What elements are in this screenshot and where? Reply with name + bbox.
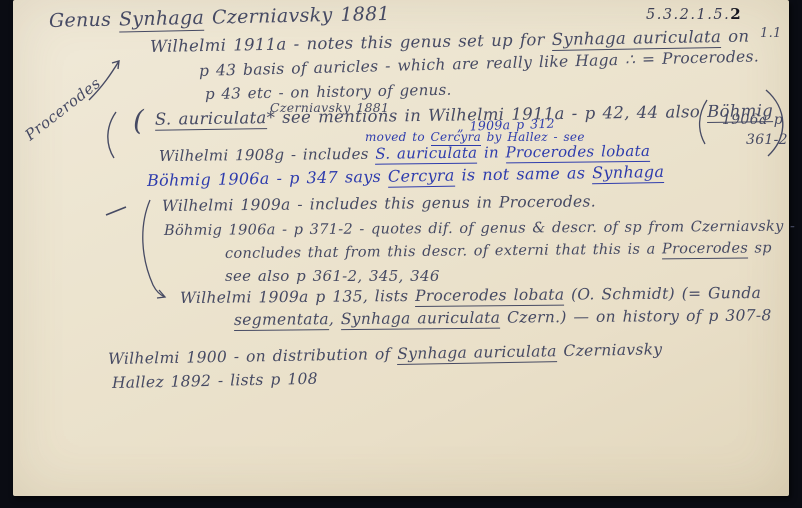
scanned-image-background: 5.3.2.1.5.2 1.1 Procerodes Genus Synhaga…	[0, 0, 802, 508]
classification-secondary: 1.1	[760, 26, 782, 41]
classification-code-last-digit: 2	[730, 5, 742, 23]
margin-arrow-head	[112, 61, 119, 69]
note-s-auriculata-mentions: ( S. auriculata* see mentions in Wilhelm…	[133, 101, 773, 129]
note-segmentata-synonymy: segmentata, Synhaga auriculata Czern.) —…	[234, 306, 772, 329]
heading-author-year: Czerniavsky 1881	[204, 3, 390, 29]
brace-arrow-head	[157, 290, 165, 298]
note-wilhelmi-1909a-p135: Wilhelmi 1909a p 135, lists Procerodes l…	[180, 284, 761, 307]
note-wilhelmi-1909a-genus: Wilhelmi 1909a - includes this genus in …	[162, 192, 596, 215]
heading-genus-word: Genus	[49, 9, 119, 32]
note-wilhelmi-1908g: Wilhelmi 1908g - includes S. auriculata …	[159, 142, 650, 165]
note-bohmig-p347: Böhmig 1906a - p 347 says Cercyra is not…	[147, 162, 665, 190]
check-mark	[106, 207, 126, 215]
ref-bracket-line2: 361-2	[746, 132, 788, 148]
ref-bracket-line1: 1906a p	[722, 112, 783, 128]
note-see-also: see also p 361-2, 345, 346	[225, 267, 440, 285]
margin-note-procerodes: Procerodes	[21, 74, 104, 144]
note-bohmig-p371: Böhmig 1906a - p 371-2 - quotes dif. of …	[164, 219, 795, 239]
classification-code-main: 5.3.2.1.5.	[646, 7, 730, 23]
card-heading: Genus Synhaga Czerniavsky 1881	[49, 3, 390, 32]
open-paren: (	[133, 104, 155, 137]
classification-code: 5.3.2.1.5.2	[646, 5, 742, 23]
note-paren-open	[108, 112, 116, 158]
note-concludes: concludes that from this descr. of exter…	[225, 240, 772, 262]
note-wilhelmi-1900-distribution: Wilhelmi 1900 - on distribution of Synha…	[108, 340, 663, 368]
heading-genus-name: Synhaga	[119, 7, 205, 33]
index-card: 5.3.2.1.5.2 1.1 Procerodes Genus Synhaga…	[13, 0, 789, 496]
note-hallez-1892: Hallez 1892 - lists p 108	[112, 370, 318, 392]
